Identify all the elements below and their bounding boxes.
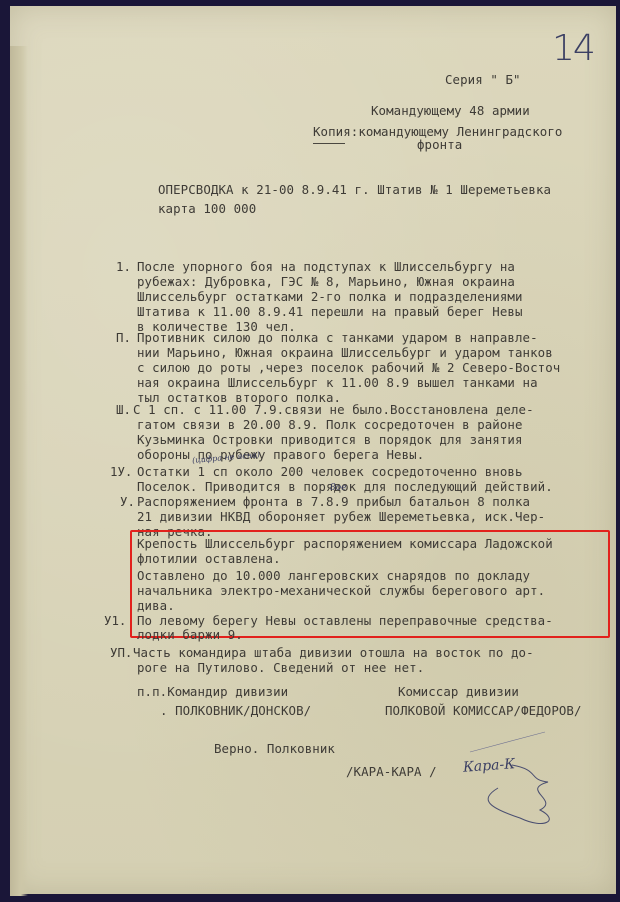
signature-flourish-icon — [0, 0, 620, 902]
